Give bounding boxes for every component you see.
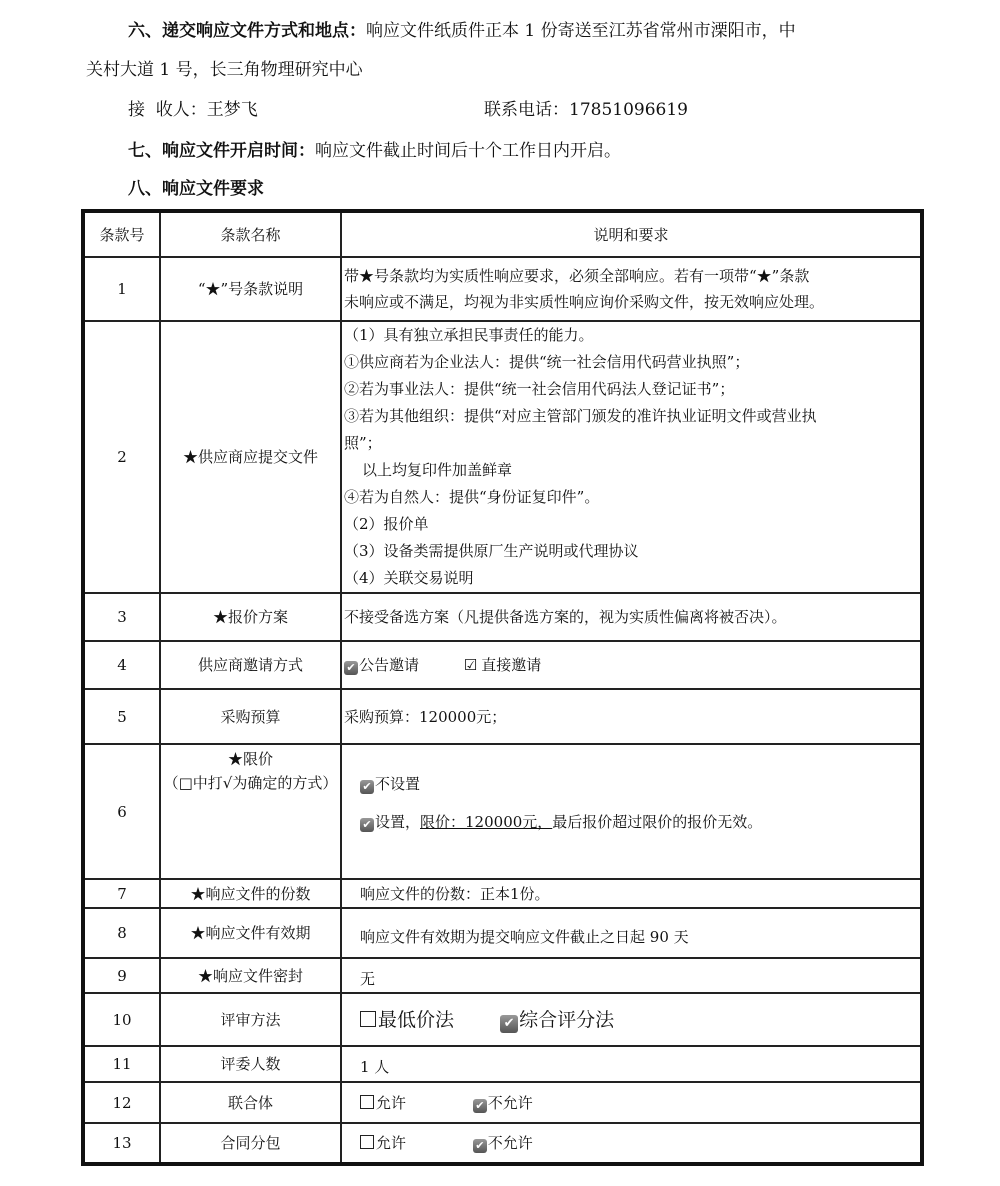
unchecked-checkbox-icon[interactable] [360,1095,374,1109]
clause-name: 合同分包 [160,1123,341,1164]
clause-description: ✔不设置 ✔设置，限价：120000元，最后报价超过限价的报价无效。 [341,744,922,879]
clause-description: 带★号条款均为实质性响应要求，必须全部响应。若有一项带“★”条款 未响应或不满足… [341,257,922,321]
clause-number: 2 [83,321,160,593]
clause-number: 7 [83,879,160,908]
table-row: 5 采购预算 采购预算：120000元； [83,689,922,744]
clause-number: 1 [83,257,160,321]
table-row: 3 ★报价方案 不接受备选方案（凡提供备选方案的，视为实质性偏离将被否决）。 [83,593,922,641]
option-label: 允许 [376,1134,406,1152]
table-row: 7 ★响应文件的份数 响应文件的份数：正本1份。 [83,879,922,908]
clause-number: 12 [83,1082,160,1123]
section-6-paragraph: 六、递交响应文件方式和地点：响应文件纸质件正本 1 份寄送至江苏省常州市溧阳市，… [128,20,796,42]
clause-name: ★响应文件密封 [160,958,341,993]
option-label: 不设置 [375,775,420,793]
clause-number: 9 [83,958,160,993]
checked-checkbox-icon[interactable]: ✔ [360,780,374,794]
clause-name: ★报价方案 [160,593,341,641]
clause-description: 允许 ✔不允许 [341,1123,922,1164]
clause-description: 采购预算：120000元； [341,689,922,744]
boxed-check-icon[interactable]: ☑ [464,656,477,674]
checked-checkbox-icon[interactable]: ✔ [344,661,358,675]
clause-description: 允许 ✔不允许 [341,1082,922,1123]
contact-phone-text: 联系电话：17851096619 [484,99,688,121]
checked-checkbox-icon[interactable]: ✔ [473,1139,487,1153]
section-7-paragraph: 七、响应文件开启时间：响应文件截止时间后十个工作日内开启。 [128,140,621,162]
header-description: 说明和要求 [341,211,922,257]
table-row: 13 合同分包 允许 ✔不允许 [83,1123,922,1164]
requirements-table: 条款号 条款名称 说明和要求 1 “★”号条款说明 带★号条款均为实质性响应要求… [81,209,924,1166]
option-label: 最低价法 [378,1009,454,1031]
section-6-text: 响应文件纸质件正本 1 份寄送至江苏省常州市溧阳市，中 [366,21,796,41]
checked-checkbox-icon[interactable]: ✔ [473,1099,487,1113]
clause-number: 11 [83,1046,160,1082]
clause-description: 1 人 [341,1046,922,1082]
table-row: 11 评委人数 1 人 [83,1046,922,1082]
clause-name: “★”号条款说明 [160,257,341,321]
table-row: 1 “★”号条款说明 带★号条款均为实质性响应要求，必须全部响应。若有一项带“★… [83,257,922,321]
unchecked-checkbox-icon[interactable] [360,1135,374,1149]
clause-number: 13 [83,1123,160,1164]
table-row: 4 供应商邀请方式 ✔公告邀请 ☑直接邀请 [83,641,922,689]
clause-number: 10 [83,993,160,1046]
clause-name: ★响应文件有效期 [160,908,341,958]
clause-number: 4 [83,641,160,689]
checked-checkbox-icon[interactable]: ✔ [360,818,374,832]
table-row: 9 ★响应文件密封 无 [83,958,922,993]
clause-number: 8 [83,908,160,958]
header-clause-name: 条款名称 [160,211,341,257]
section-6-text-continued: 关村大道 1 号，长三角物理研究中心 [86,59,363,81]
clause-number: 3 [83,593,160,641]
clause-name: 评审方法 [160,993,341,1046]
table-header-row: 条款号 条款名称 说明和要求 [83,211,922,257]
clause-description: 响应文件的份数：正本1份。 [341,879,922,908]
clause-name: 联合体 [160,1082,341,1123]
recipient-text: 接 收人：王梦飞 [128,99,258,121]
clause-description: 无 [341,958,922,993]
table-row: 12 联合体 允许 ✔不允许 [83,1082,922,1123]
option-label: 不允许 [488,1134,533,1152]
clause-description: 最低价法 ✔综合评分法 [341,993,922,1046]
section-6-heading: 六、递交响应文件方式和地点： [128,21,366,41]
table-row: 8 ★响应文件有效期 响应文件有效期为提交响应文件截止之日起 90 天 [83,908,922,958]
option-label: 允许 [376,1094,406,1112]
checked-checkbox-icon[interactable]: ✔ [500,1015,518,1033]
section-7-heading: 七、响应文件开启时间： [128,141,315,161]
clause-description: 不接受备选方案（凡提供备选方案的，视为实质性偏离将被否决）。 [341,593,922,641]
option-label: 不允许 [488,1094,533,1112]
section-8-heading: 八、响应文件要求 [128,178,264,200]
clause-description: 响应文件有效期为提交响应文件截止之日起 90 天 [341,908,922,958]
clause-description: ✔公告邀请 ☑直接邀请 [341,641,922,689]
clause-name: 评委人数 [160,1046,341,1082]
table-row: 6 ★限价 （□中打√为确定的方式） ✔不设置 ✔设置，限价：120000元，最… [83,744,922,879]
clause-name: ★限价 （□中打√为确定的方式） [160,744,341,879]
option-label: 直接邀请 [481,656,541,674]
section-7-text: 响应文件截止时间后十个工作日内开启。 [315,141,621,161]
header-clause-number: 条款号 [83,211,160,257]
option-label: 公告邀请 [359,656,419,674]
clause-name: 采购预算 [160,689,341,744]
clause-number: 5 [83,689,160,744]
clause-number: 6 [83,744,160,879]
clause-name: 供应商邀请方式 [160,641,341,689]
clause-description: （1）具有独立承担民事责任的能力。 ①供应商若为企业法人：提供“统一社会信用代码… [341,321,922,593]
price-limit-value: 限价：120000元， [420,813,552,831]
table-row: 10 评审方法 最低价法 ✔综合评分法 [83,993,922,1046]
table-row: 2 ★供应商应提交文件 （1）具有独立承担民事责任的能力。 ①供应商若为企业法人… [83,321,922,593]
option-label: 综合评分法 [519,1009,614,1031]
clause-name: ★响应文件的份数 [160,879,341,908]
clause-name: ★供应商应提交文件 [160,321,341,593]
unchecked-checkbox-icon[interactable] [360,1011,376,1027]
